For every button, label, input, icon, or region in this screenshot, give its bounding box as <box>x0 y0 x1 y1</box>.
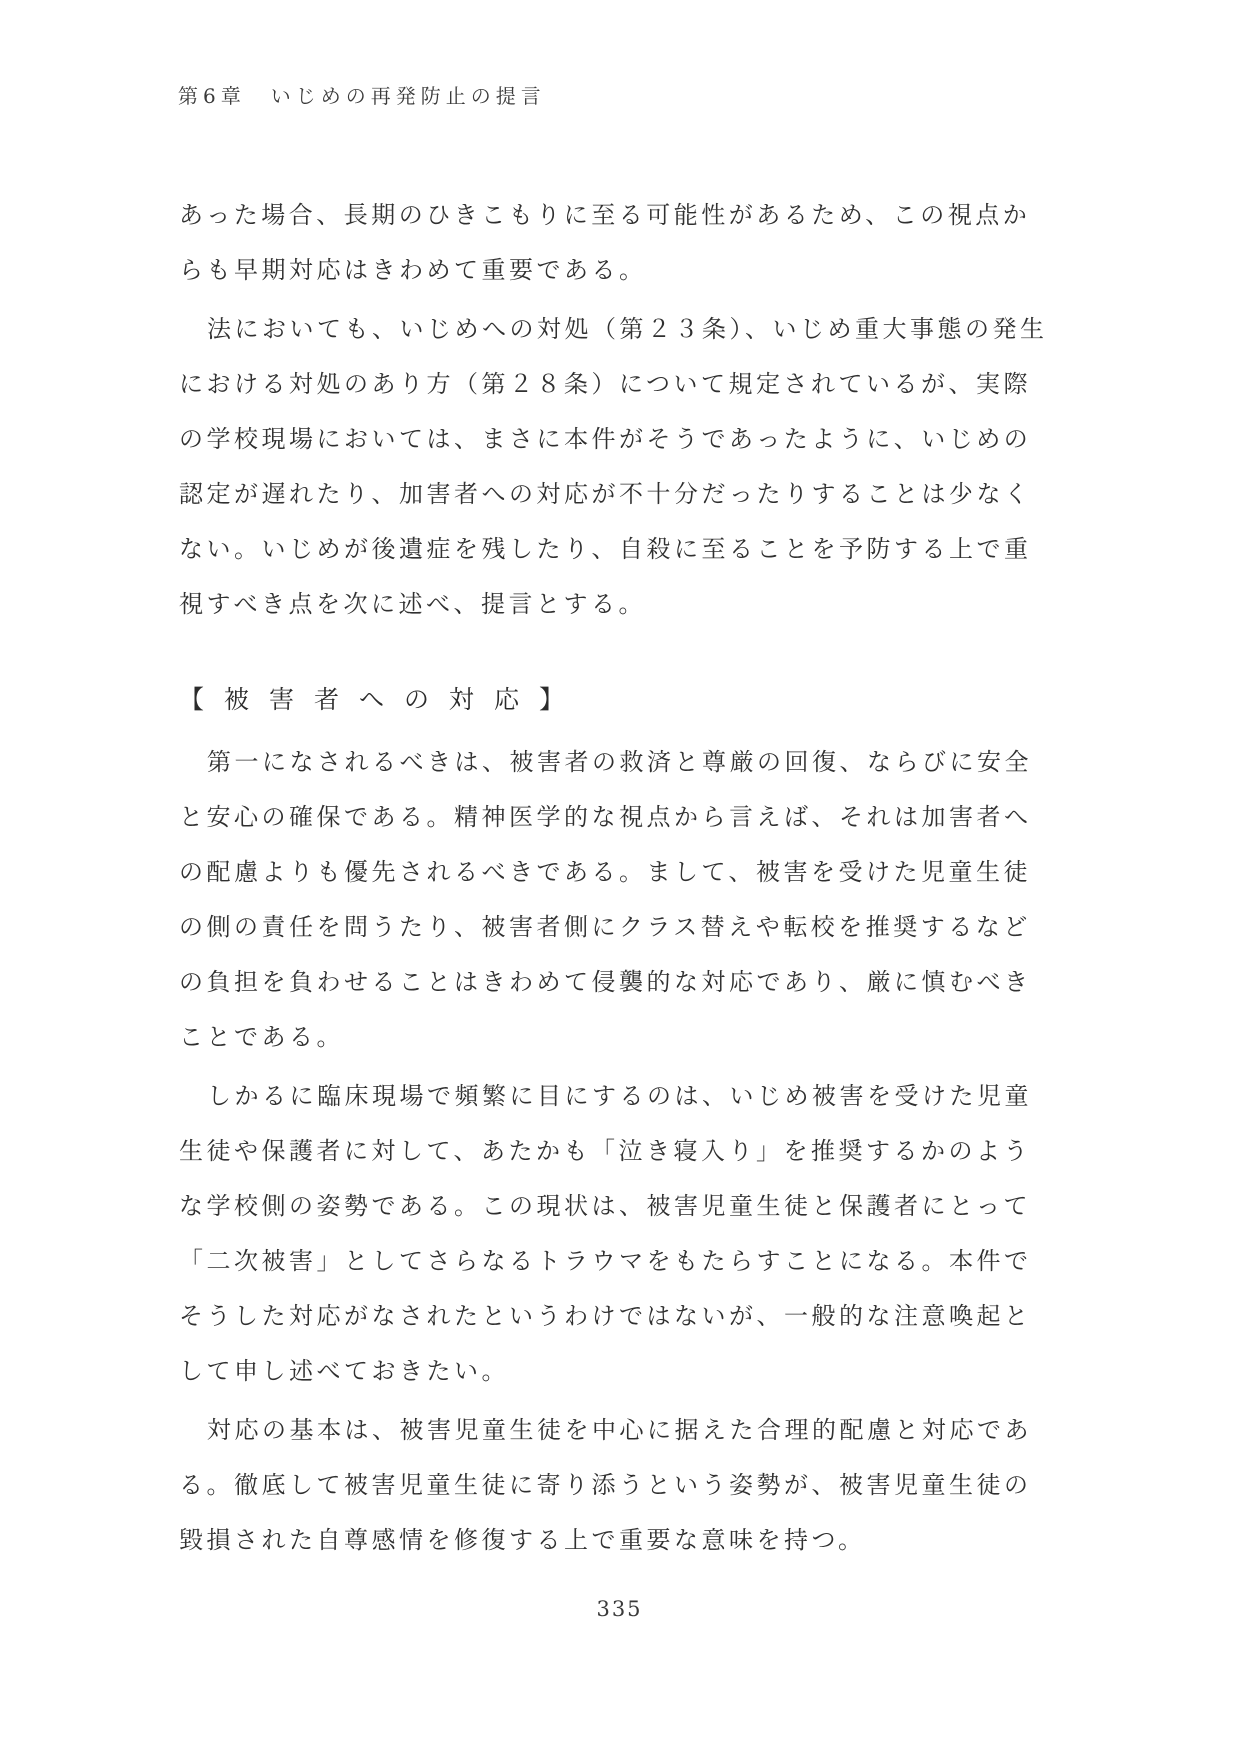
text-line: 第一になされるべきは、被害者の救済と尊厳の回復、ならびに安全 <box>179 735 1079 790</box>
text-line: 毀損された自尊感情を修復する上で重要な意味を持つ。 <box>179 1513 1079 1568</box>
page-footer: 335 <box>0 1597 1239 1621</box>
text-line: しかるに臨床現場で頻繁に目にするのは、いじめ被害を受けた児童 <box>179 1069 1079 1124</box>
text-line: る。徹底して被害児童生徒に寄り添うという姿勢が、被害児童生徒の <box>179 1458 1079 1513</box>
text-line: 視すべき点を次に述べ、提言とする。 <box>179 577 1079 632</box>
text-line: して申し述べておきたい。 <box>179 1344 1079 1399</box>
paragraph: 第一になされるべきは、被害者の救済と尊厳の回復、ならびに安全と安心の確保である。… <box>179 735 1079 1065</box>
text-line: 【被害者への対応】 <box>179 672 1079 727</box>
text-line: ない。いじめが後遺症を残したり、自殺に至ることを予防する上で重 <box>179 522 1079 577</box>
text-line: の学校現場においては、まさに本件がそうであったように、いじめの <box>179 412 1079 467</box>
document-page: 第6章 いじめの再発防止の提言 あった場合、長期のひきこもりに至る可能性があるた… <box>0 0 1239 1754</box>
text-line: の配慮よりも優先されるべきである。まして、被害を受けた児童生徒 <box>179 845 1079 900</box>
text-line: の側の責任を問うたり、被害者側にクラス替えや転校を推奨するなど <box>179 900 1079 955</box>
text-line: そうした対応がなされたというわけではないが、一般的な注意喚起と <box>179 1289 1079 1344</box>
text-line: あった場合、長期のひきこもりに至る可能性があるため、この視点か <box>179 188 1079 243</box>
text-line: における対処のあり方（第２８条）について規定されているが、実際 <box>179 357 1079 412</box>
section-heading: 【被害者への対応】 <box>179 672 1079 727</box>
text-line: 認定が遅れたり、加害者への対応が不十分だったりすることは少なく <box>179 467 1079 522</box>
paragraph: しかるに臨床現場で頻繁に目にするのは、いじめ被害を受けた児童生徒や保護者に対して… <box>179 1069 1079 1399</box>
paragraph: あった場合、長期のひきこもりに至る可能性があるため、この視点からも早期対応はきわ… <box>179 188 1079 298</box>
text-line: な学校側の姿勢である。この現状は、被害児童生徒と保護者にとって <box>179 1179 1079 1234</box>
text-line: の負担を負わせることはきわめて侵襲的な対応であり、厳に慎むべき <box>179 955 1079 1010</box>
text-line: 生徒や保護者に対して、あたかも「泣き寝入り」を推奨するかのよう <box>179 1124 1079 1179</box>
text-line: 対応の基本は、被害児童生徒を中心に据えた合理的配慮と対応であ <box>179 1403 1079 1458</box>
page-number: 335 <box>596 1597 642 1621</box>
paragraph: 対応の基本は、被害児童生徒を中心に据えた合理的配慮と対応である。徹底して被害児童… <box>179 1403 1079 1568</box>
text-line: と安心の確保である。精神医学的な視点から言えば、それは加害者へ <box>179 790 1079 845</box>
document-body: あった場合、長期のひきこもりに至る可能性があるため、この視点からも早期対応はきわ… <box>179 188 1079 1572</box>
chapter-heading: 第6章 いじめの再発防止の提言 <box>178 80 546 109</box>
text-line: 法においても、いじめへの対処（第２３条）、いじめ重大事態の発生 <box>179 302 1079 357</box>
paragraph: 法においても、いじめへの対処（第２３条）、いじめ重大事態の発生における対処のあり… <box>179 302 1079 632</box>
text-line: らも早期対応はきわめて重要である。 <box>179 243 1079 298</box>
text-line: 「二次被害」としてさらなるトラウマをもたらすことになる。本件で <box>179 1234 1079 1289</box>
text-line: ことである。 <box>179 1010 1079 1065</box>
